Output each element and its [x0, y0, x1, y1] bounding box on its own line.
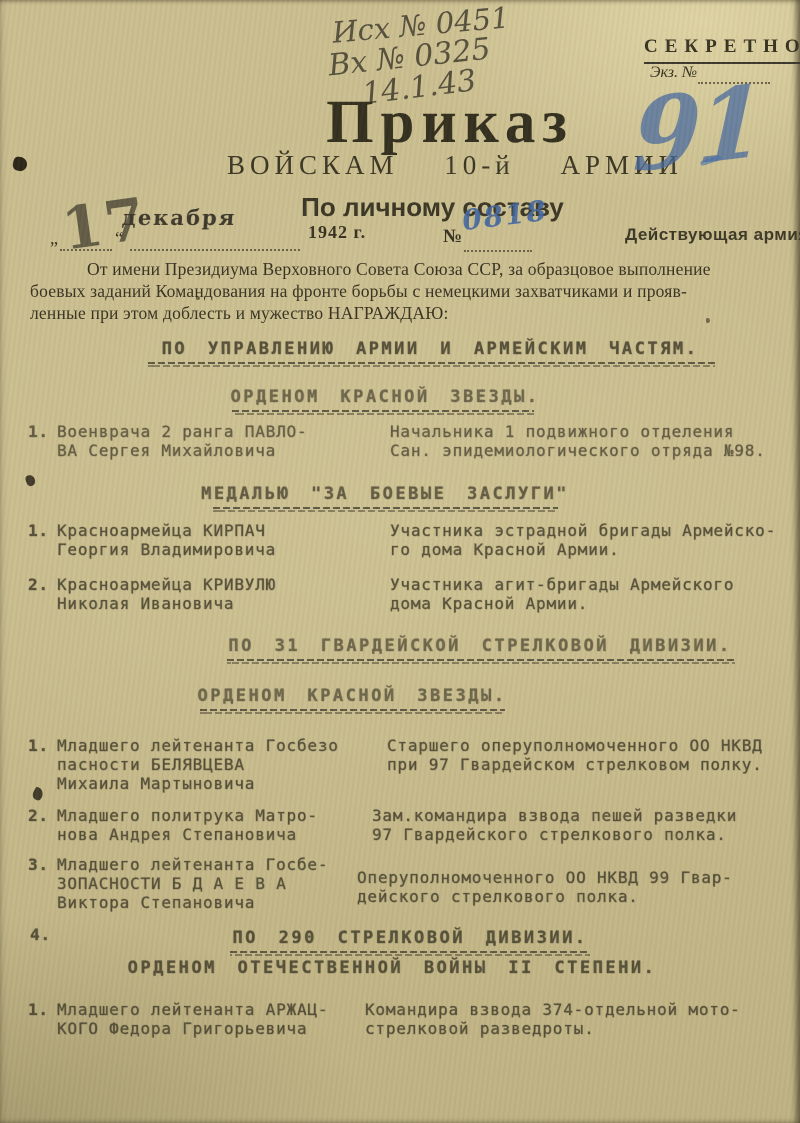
entry-number: 1.	[28, 422, 57, 441]
entry-name: Красноармейца КИРПАЧ Георгия Владимирови…	[57, 521, 357, 559]
ink-speck	[706, 318, 710, 323]
entry-number: 3.	[28, 855, 57, 874]
entry-position: Начальника 1 подвижного отделения Сан. э…	[390, 422, 766, 460]
entry-number: 1.	[28, 736, 57, 755]
entry-name: Военврача 2 ранга ПАВЛО- ВА Сергея Михай…	[57, 422, 357, 460]
divider-dashes	[230, 951, 590, 957]
ink-speck	[196, 296, 200, 300]
ink-blot	[24, 474, 36, 487]
preamble-line: боевых заданий Командования на фронте бо…	[30, 281, 687, 302]
entry-position: Оперуполномоченного ОО НКВД 99 Гвар- дей…	[357, 855, 733, 906]
award-entry: 1. Красноармейца КИРПАЧ Георгия Владимир…	[28, 521, 776, 559]
divider-dashes	[227, 659, 735, 665]
divider-dashes	[200, 709, 505, 715]
entry-name: Младшего политрука Матро- нова Андрея Ст…	[57, 806, 357, 844]
section-heading: ПО 290 СТРЕЛКОВОЙ ДИВИЗИИ.	[110, 928, 710, 948]
award-entry: 1. Младшего лейтенанта АРЖАЦ- КОГО Федор…	[28, 1000, 741, 1038]
entry-position: Зам.командира взвода пешей разведки 97 Г…	[372, 806, 737, 844]
day-quote-open: „	[50, 228, 58, 249]
entry-name: Красноармейца КРИВУЛЮ Николая Ивановича	[57, 575, 357, 613]
award-heading: ОРДЕНОМ КРАСНОЙ ЗВЕЗДЫ.	[52, 686, 652, 706]
entry-number: 2.	[28, 575, 57, 594]
entry-number: 1.	[28, 521, 57, 540]
month-blank-line	[130, 248, 300, 251]
divider-dashes	[148, 362, 715, 368]
section-heading: ПО 31 ГВАРДЕЙСКОЙ СТРЕЛКОВОЙ ДИВИЗИИ.	[180, 636, 780, 656]
award-heading: ОРДЕНОМ КРАСНОЙ ЗВЕЗДЫ.	[85, 387, 685, 407]
award-entry: 1. Младшего лейтенанта Госбезо пасности …	[28, 736, 763, 793]
entry-name: Младшего лейтенанта Госбезо пасности БЕЛ…	[57, 736, 357, 793]
entry-name: Младшего лейтенанта АРЖАЦ- КОГО Федора Г…	[57, 1000, 357, 1038]
handwritten-registry-number: 91	[631, 63, 762, 195]
award-heading: ОРДЕНОМ ОТЕЧЕСТВЕННОЙ ВОЙНЫ II СТЕПЕНИ.	[92, 958, 692, 978]
entry-position: Участника агит-бригады Армейского дома К…	[390, 575, 734, 613]
section-heading: ПО УПРАВЛЕНИЮ АРМИИ И АРМЕЙСКИМ ЧАСТЯМ.	[60, 339, 800, 359]
typed-month: декабря	[121, 205, 237, 230]
award-entry: 1. Военврача 2 ранга ПАВЛО- ВА Сергея Ми…	[28, 422, 766, 460]
entry-number: 2.	[28, 806, 57, 825]
award-entry: 3. Младшего лейтенанта Госбе- ЗОПАСНОСТИ…	[28, 855, 733, 912]
entry-position: Командира взвода 374-отдельной мото- стр…	[365, 1000, 741, 1038]
award-entry: 2. Красноармейца КРИВУЛЮ Николая Иванови…	[28, 575, 734, 613]
entry-number: 1.	[28, 1000, 57, 1019]
entry-position: Старшего оперуполномоченного ОО НКВД при…	[387, 736, 763, 774]
entry-name: Младшего лейтенанта Госбе- ЗОПАСНОСТИ Б …	[57, 855, 357, 912]
stray-item-number: 4.	[30, 925, 51, 944]
order-number-blank-line	[464, 249, 532, 252]
award-entry: 2. Младшего политрука Матро- нова Андрея…	[28, 806, 737, 844]
order-number-label: №	[443, 226, 462, 248]
scanned-order-document: Исх № 0451 Вх № 0325 14.1.43 СЕКРЕТНО Эк…	[0, 0, 800, 1123]
preamble-line: ленные при этом доблесть и мужество НАГР…	[30, 303, 449, 324]
divider-dashes	[232, 410, 534, 416]
entry-position: Участника эстрадной бригады Армейско- го…	[390, 521, 776, 559]
preamble-line: От имени Президиума Верховного Совета Со…	[87, 259, 711, 280]
divider-dashes	[213, 507, 558, 513]
year-label: 1942 г.	[308, 222, 366, 243]
ink-blot	[12, 156, 29, 173]
army-note: Действующая армия	[625, 225, 800, 245]
award-heading: МЕДАЛЬЮ "ЗА БОЕВЫЕ ЗАСЛУГИ"	[85, 484, 685, 504]
secret-stamp: СЕКРЕТНО	[644, 36, 800, 64]
